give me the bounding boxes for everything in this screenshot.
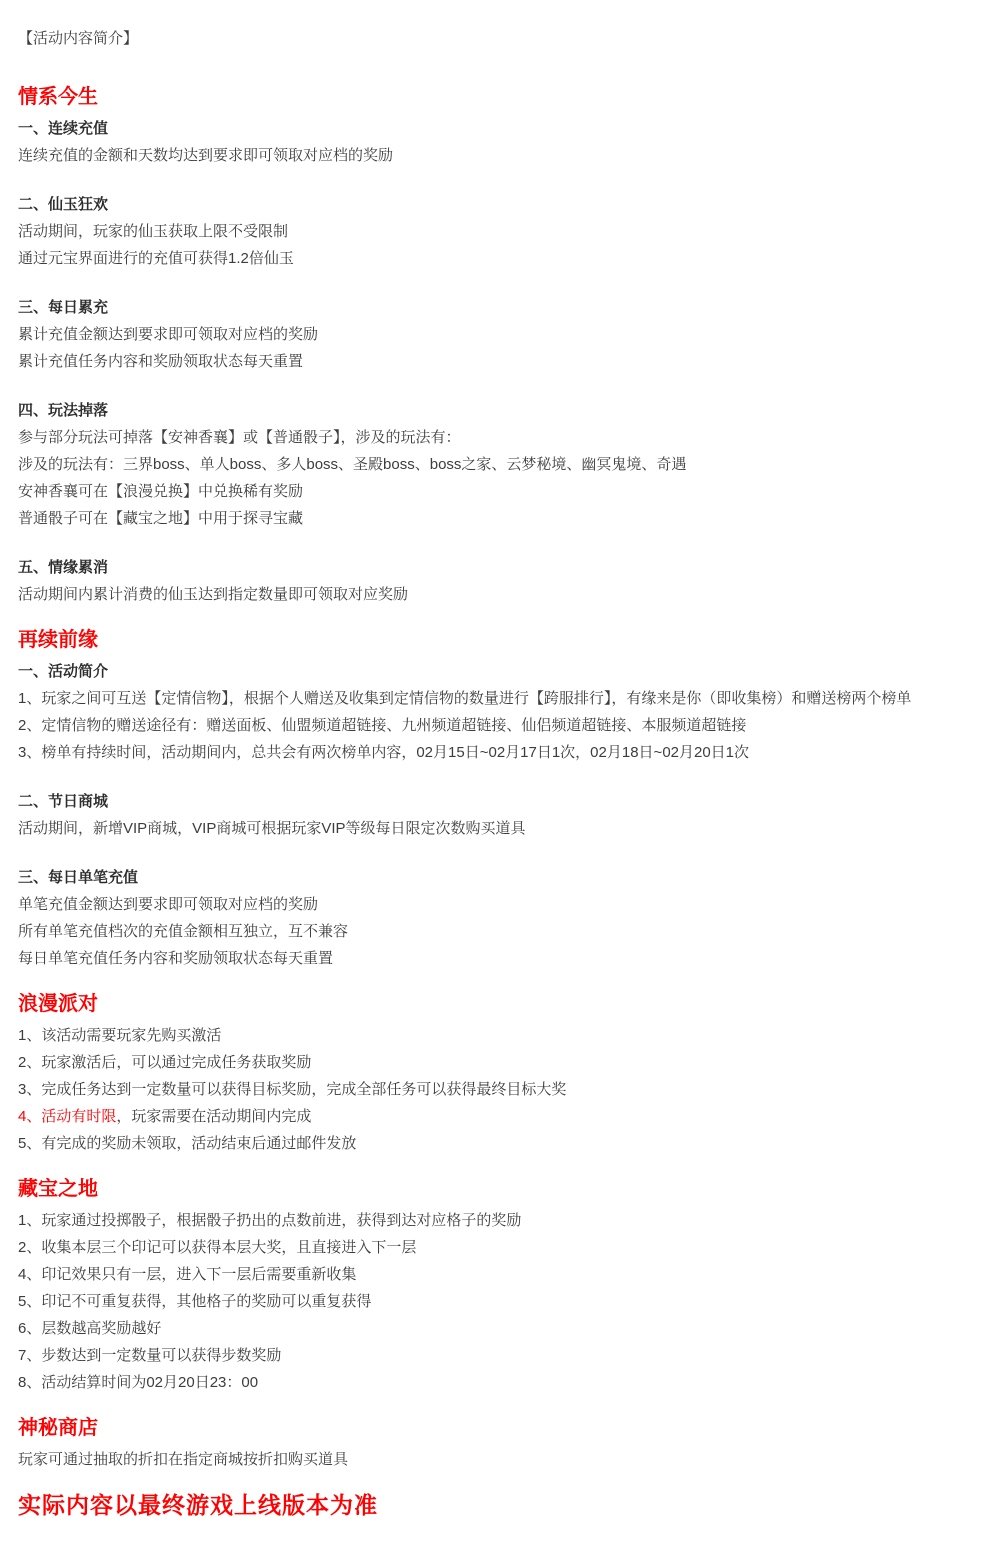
text-line: 活动期间，新增VIP商城，VIP商城可根据玩家VIP等级每日限定次数购买道具 bbox=[18, 815, 983, 842]
text-segment: 每日单笔充值任务内容和奖励领取状态每天重置 bbox=[18, 950, 333, 967]
sections-container: 情系今生一、连续充值连续充值的金额和天数均达到要求即可领取对应档的奖励二、仙玉狂… bbox=[18, 83, 983, 1473]
text-segment: 活动期间，新增VIP商城，VIP商城可根据玩家VIP等级每日限定次数购买道具 bbox=[18, 820, 526, 837]
text-line: 2、玩家激活后，可以通过完成任务获取奖励 bbox=[18, 1049, 983, 1076]
text-segment: 累计充值金额达到要求即可领取对应档的奖励 bbox=[18, 326, 318, 343]
text-segment: 所有单笔充值档次的充值金额相互独立，互不兼容 bbox=[18, 923, 348, 940]
text-segment: 活动期间内累计消费的仙玉达到指定数量即可领取对应奖励 bbox=[18, 586, 408, 603]
text-segment: 3、榜单有持续时间，活动期间内，总共会有两次榜单内容，02月15日~02月17日… bbox=[18, 744, 749, 761]
text-line: 8、活动结算时间为02月20日23：00 bbox=[18, 1369, 983, 1396]
subsection-heading: 二、节日商城 bbox=[18, 788, 983, 815]
subsection-heading: 五、情缘累消 bbox=[18, 554, 983, 581]
text-segment: 6、层数越高奖励越好 bbox=[18, 1320, 161, 1337]
text-line: 2、收集本层三个印记可以获得本层大奖，且直接进入下一层 bbox=[18, 1234, 983, 1261]
text-line: 3、完成任务达到一定数量可以获得目标奖励，完成全部任务可以获得最终目标大奖 bbox=[18, 1076, 983, 1103]
subsection-heading: 一、活动简介 bbox=[18, 658, 983, 685]
text-segment: 1、该活动需要玩家先购买激活 bbox=[18, 1027, 221, 1044]
text-line: 活动期间，玩家的仙玉获取上限不受限制 bbox=[18, 218, 983, 245]
section: 再续前缘一、活动简介1、玩家之间可互送【定情信物】，根据个人赠送及收集到定情信物… bbox=[18, 626, 983, 972]
text-line: 累计充值金额达到要求即可领取对应档的奖励 bbox=[18, 321, 983, 348]
subsection-heading: 三、每日单笔充值 bbox=[18, 864, 983, 891]
text-segment: 2、定情信物的赠送途径有：赠送面板、仙盟频道超链接、九州频道超链接、仙侣频道超链… bbox=[18, 717, 746, 734]
section: 情系今生一、连续充值连续充值的金额和天数均达到要求即可领取对应档的奖励二、仙玉狂… bbox=[18, 83, 983, 608]
section: 神秘商店玩家可通过抽取的折扣在指定商城按折扣购买道具 bbox=[18, 1414, 983, 1473]
text-line: 连续充值的金额和天数均达到要求即可领取对应档的奖励 bbox=[18, 142, 983, 169]
text-segment: 2、收集本层三个印记可以获得本层大奖，且直接进入下一层 bbox=[18, 1239, 416, 1256]
text-line: 涉及的玩法有：三界boss、单人boss、多人boss、圣殿boss、boss之… bbox=[18, 451, 983, 478]
text-segment: 累计充值任务内容和奖励领取状态每天重置 bbox=[18, 353, 303, 370]
text-line: 2、定情信物的赠送途径有：赠送面板、仙盟频道超链接、九州频道超链接、仙侣频道超链… bbox=[18, 712, 983, 739]
text-line: 5、有完成的奖励未领取，活动结束后通过邮件发放 bbox=[18, 1130, 983, 1157]
text-segment: 参与部分玩法可掉落【安神香襄】或【普通骰子】，涉及的玩法有： bbox=[18, 429, 461, 446]
text-segment: 普通骰子可在【藏宝之地】中用于探寻宝藏 bbox=[18, 510, 303, 527]
document-title: 【活动内容简介】 bbox=[18, 28, 983, 49]
section-heading: 浪漫派对 bbox=[18, 990, 983, 1018]
text-line: 活动期间内累计消费的仙玉达到指定数量即可领取对应奖励 bbox=[18, 581, 983, 608]
text-line: 所有单笔充值档次的充值金额相互独立，互不兼容 bbox=[18, 918, 983, 945]
text-line: 每日单笔充值任务内容和奖励领取状态每天重置 bbox=[18, 945, 983, 972]
section: 藏宝之地1、玩家通过投掷骰子，根据骰子扔出的点数前进，获得到达对应格子的奖励2、… bbox=[18, 1175, 983, 1396]
text-segment: 安神香襄可在【浪漫兑换】中兑换稀有奖励 bbox=[18, 483, 303, 500]
text-line: 4、活动有时限，玩家需要在活动期间内完成 bbox=[18, 1103, 983, 1130]
subsection-heading: 二、仙玉狂欢 bbox=[18, 191, 983, 218]
section-heading: 神秘商店 bbox=[18, 1414, 983, 1442]
text-line: 累计充值任务内容和奖励领取状态每天重置 bbox=[18, 348, 983, 375]
text-segment: 连续充值的金额和天数均达到要求即可领取对应档的奖励 bbox=[18, 147, 393, 164]
text-segment: 活动期间，玩家的仙玉获取上限不受限制 bbox=[18, 223, 288, 240]
section-heading: 情系今生 bbox=[18, 83, 983, 111]
text-line: 3、榜单有持续时间，活动期间内，总共会有两次榜单内容，02月15日~02月17日… bbox=[18, 739, 983, 766]
subsection-heading: 三、每日累充 bbox=[18, 294, 983, 321]
text-segment: ，玩家需要在活动期间内完成 bbox=[116, 1108, 311, 1125]
text-segment: 单笔充值金额达到要求即可领取对应档的奖励 bbox=[18, 896, 318, 913]
text-segment: 8、活动结算时间为02月20日23：00 bbox=[18, 1374, 258, 1391]
section-heading: 藏宝之地 bbox=[18, 1175, 983, 1203]
text-segment: 通过元宝界面进行的充值可获得1.2倍仙玉 bbox=[18, 250, 294, 267]
text-segment: 1、玩家通过投掷骰子，根据骰子扔出的点数前进，获得到达对应格子的奖励 bbox=[18, 1212, 521, 1229]
text-segment: 5、印记不可重复获得，其他格子的奖励可以重复获得 bbox=[18, 1293, 371, 1310]
text-line: 单笔充值金额达到要求即可领取对应档的奖励 bbox=[18, 891, 983, 918]
text-line: 1、玩家通过投掷骰子，根据骰子扔出的点数前进，获得到达对应格子的奖励 bbox=[18, 1207, 983, 1234]
text-line: 安神香襄可在【浪漫兑换】中兑换稀有奖励 bbox=[18, 478, 983, 505]
section: 浪漫派对1、该活动需要玩家先购买激活2、玩家激活后，可以通过完成任务获取奖励3、… bbox=[18, 990, 983, 1157]
footer-disclaimer: 实际内容以最终游戏上线版本为准 bbox=[18, 1491, 983, 1521]
subsection-heading: 一、连续充值 bbox=[18, 115, 983, 142]
text-line: 6、层数越高奖励越好 bbox=[18, 1315, 983, 1342]
text-segment: 1、玩家之间可互送【定情信物】，根据个人赠送及收集到定情信物的数量进行【跨服排行… bbox=[18, 690, 911, 707]
text-line: 5、印记不可重复获得，其他格子的奖励可以重复获得 bbox=[18, 1288, 983, 1315]
activity-intro-document: 【活动内容简介】 情系今生一、连续充值连续充值的金额和天数均达到要求即可领取对应… bbox=[0, 0, 1003, 1562]
text-segment: 涉及的玩法有：三界boss、单人boss、多人boss、圣殿boss、boss之… bbox=[18, 456, 686, 473]
subsection-heading: 四、玩法掉落 bbox=[18, 397, 983, 424]
text-line: 7、步数达到一定数量可以获得步数奖励 bbox=[18, 1342, 983, 1369]
text-segment: 2、玩家激活后，可以通过完成任务获取奖励 bbox=[18, 1054, 311, 1071]
text-line: 通过元宝界面进行的充值可获得1.2倍仙玉 bbox=[18, 245, 983, 272]
section-heading: 再续前缘 bbox=[18, 626, 983, 654]
text-segment: 3、完成任务达到一定数量可以获得目标奖励，完成全部任务可以获得最终目标大奖 bbox=[18, 1081, 566, 1098]
text-segment: 玩家可通过抽取的折扣在指定商城按折扣购买道具 bbox=[18, 1451, 348, 1468]
text-line: 1、该活动需要玩家先购买激活 bbox=[18, 1022, 983, 1049]
text-segment: 5、有完成的奖励未领取，活动结束后通过邮件发放 bbox=[18, 1135, 356, 1152]
text-line: 玩家可通过抽取的折扣在指定商城按折扣购买道具 bbox=[18, 1446, 983, 1473]
text-line: 1、玩家之间可互送【定情信物】，根据个人赠送及收集到定情信物的数量进行【跨服排行… bbox=[18, 685, 983, 712]
text-line: 普通骰子可在【藏宝之地】中用于探寻宝藏 bbox=[18, 505, 983, 532]
text-segment: 4、印记效果只有一层，进入下一层后需要重新收集 bbox=[18, 1266, 356, 1283]
text-segment-red: 4、活动有时限 bbox=[18, 1108, 116, 1125]
text-line: 4、印记效果只有一层，进入下一层后需要重新收集 bbox=[18, 1261, 983, 1288]
text-segment: 7、步数达到一定数量可以获得步数奖励 bbox=[18, 1347, 281, 1364]
text-line: 参与部分玩法可掉落【安神香襄】或【普通骰子】，涉及的玩法有： bbox=[18, 424, 983, 451]
